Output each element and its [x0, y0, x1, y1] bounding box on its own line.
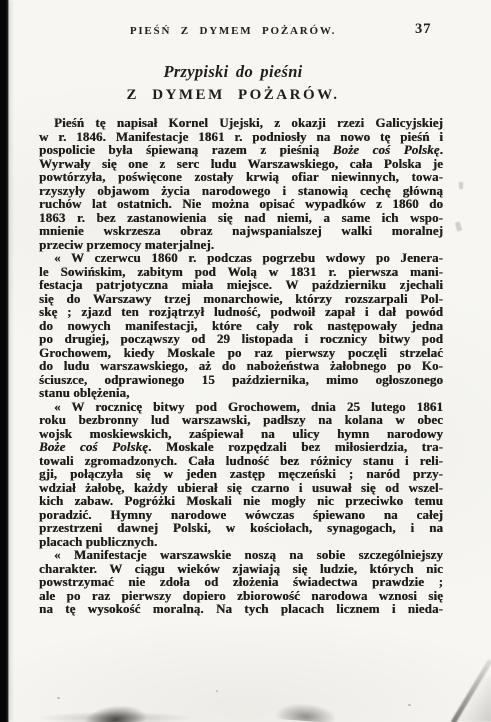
page-corner-shadow — [454, 676, 491, 722]
dust-speck — [408, 704, 411, 706]
text-line: « Manifestacje warszawskie noszą na sobi… — [39, 548, 443, 562]
ink-smudge-bottom-left — [83, 703, 147, 722]
book-spine-edge — [0, 0, 9, 722]
text-line: przeciw przemocy materjalnej. — [39, 238, 443, 252]
text-line: Pieśń tę napisał Kornel Ujejski, z okazj… — [39, 116, 443, 130]
text-line: w r. 1846. Manifestacje 1861 r. podniosł… — [39, 130, 443, 144]
text-line: się do Warszawy trzej monarchowie, którz… — [39, 292, 443, 306]
page-body-text: Pieśń tę napisał Kornel Ujejski, z okazj… — [39, 116, 443, 616]
text-line: kich zabaw. Pogróżki Moskali nie mogły n… — [39, 494, 443, 508]
paragraph: « W czerwcu 1860 r. podczas pogrzebu wdo… — [39, 251, 443, 400]
text-line: wdział żałobę, każdy ubierał się czarno … — [39, 481, 443, 495]
text-line: do ludu warszawskiego, aż do nabożeństwa… — [39, 359, 443, 373]
text-line: stanu oblężenia, — [39, 386, 443, 400]
paragraph: « W rocznicę bitwy pod Grochowem, dnia 2… — [39, 400, 443, 549]
page-corner-streak — [450, 659, 491, 722]
text-line: wojsk moskiewskich, zaśpiewał na ulicy h… — [39, 427, 443, 441]
text-line: ściuszce, odprawionego 15 października, … — [39, 373, 443, 387]
text-line: Boże coś Polskę. Moskale rozpędzali bez … — [39, 440, 443, 454]
faint-margin-mark — [455, 222, 462, 232]
text-line: placach publicznych. — [39, 535, 443, 549]
ink-smudge-trail — [40, 712, 190, 722]
text-line: gji, połączyła się w jeden zastęp męczeń… — [39, 467, 443, 481]
scanned-book-page: { "page": { "running_head": "PIEŚŃ Z DYM… — [0, 0, 491, 722]
dust-speck — [57, 697, 60, 699]
text-line: « W rocznicę bitwy pod Grochowem, dnia 2… — [39, 400, 443, 414]
text-line: towali zgromadzonych. Cała ludność bez r… — [39, 454, 443, 468]
text-line: po drugiej, począwszy od 29 listopada i … — [39, 332, 443, 346]
text-line: ruchów lat ostatnich. Nie można opisać w… — [39, 197, 443, 211]
text-segment: na tę wysokość moralną. Na tych placach … — [39, 601, 443, 616]
text-line: pospolicie była śpiewaną razem z pieśnią… — [39, 143, 443, 157]
dust-speck — [216, 690, 218, 692]
page-number: 37 — [415, 21, 432, 38]
text-line: festacja patrjotyczna miała miejsce. W p… — [39, 278, 443, 292]
text-line: charakter. W ciągu wieków zjawiają się l… — [39, 562, 443, 576]
text-line: ale po raz pierwszy dopiero zbiorowość n… — [39, 589, 443, 603]
text-line: do nowych manifestacji, które cały rok n… — [39, 319, 443, 333]
text-line: powtórzyła, poświęcone zostały krwią ofi… — [39, 170, 443, 184]
paragraph: « Manifestacje warszawskie noszą na sobi… — [39, 548, 443, 616]
text-line: Grochowem, kiedy Moskale po raz pierwszy… — [39, 346, 443, 360]
running-head: PIEŚŃ Z DYMEM POŻARÓW. — [8, 25, 458, 37]
text-line: przestrzeni dawnej Polski, w kościołach,… — [39, 521, 443, 535]
section-subtitle: Przypiski do pieśni — [8, 62, 458, 82]
text-line: Wyrwały się one z serc ludu Warszawskieg… — [39, 157, 443, 171]
text-line: mnienie wskrzesza obraz najwspanialszej … — [39, 224, 443, 238]
section-title: Z DYMEM POŻARÓW. — [8, 87, 458, 104]
text-line: skę ; zjazd ten rozjątrzył ludność, podw… — [39, 305, 443, 319]
text-line: le Sowińskim, zabitym pod Wolą w 1831 r.… — [39, 265, 443, 279]
faint-margin-mark — [459, 182, 463, 189]
text-line: na tę wysokość moralną. Na tych placach … — [39, 602, 443, 616]
text-line: poradzić. Hymny narodowe wówczas śpiewan… — [39, 508, 443, 522]
text-line: « W czerwcu 1860 r. podczas pogrzebu wdo… — [39, 251, 443, 265]
ink-smudge-bottom-middle — [275, 702, 336, 722]
text-line: roku bezbronny lud warszawski, padłszy n… — [39, 413, 443, 427]
text-line: powstrzymać nie zdoła od złożenia świade… — [39, 575, 443, 589]
paragraph: Pieśń tę napisał Kornel Ujejski, z okazj… — [39, 116, 443, 251]
text-line: rzyszyły objawom życia narodowego i stan… — [39, 184, 443, 198]
text-line: 1863 r. bez zastanowienia się nad niemi,… — [39, 211, 443, 225]
